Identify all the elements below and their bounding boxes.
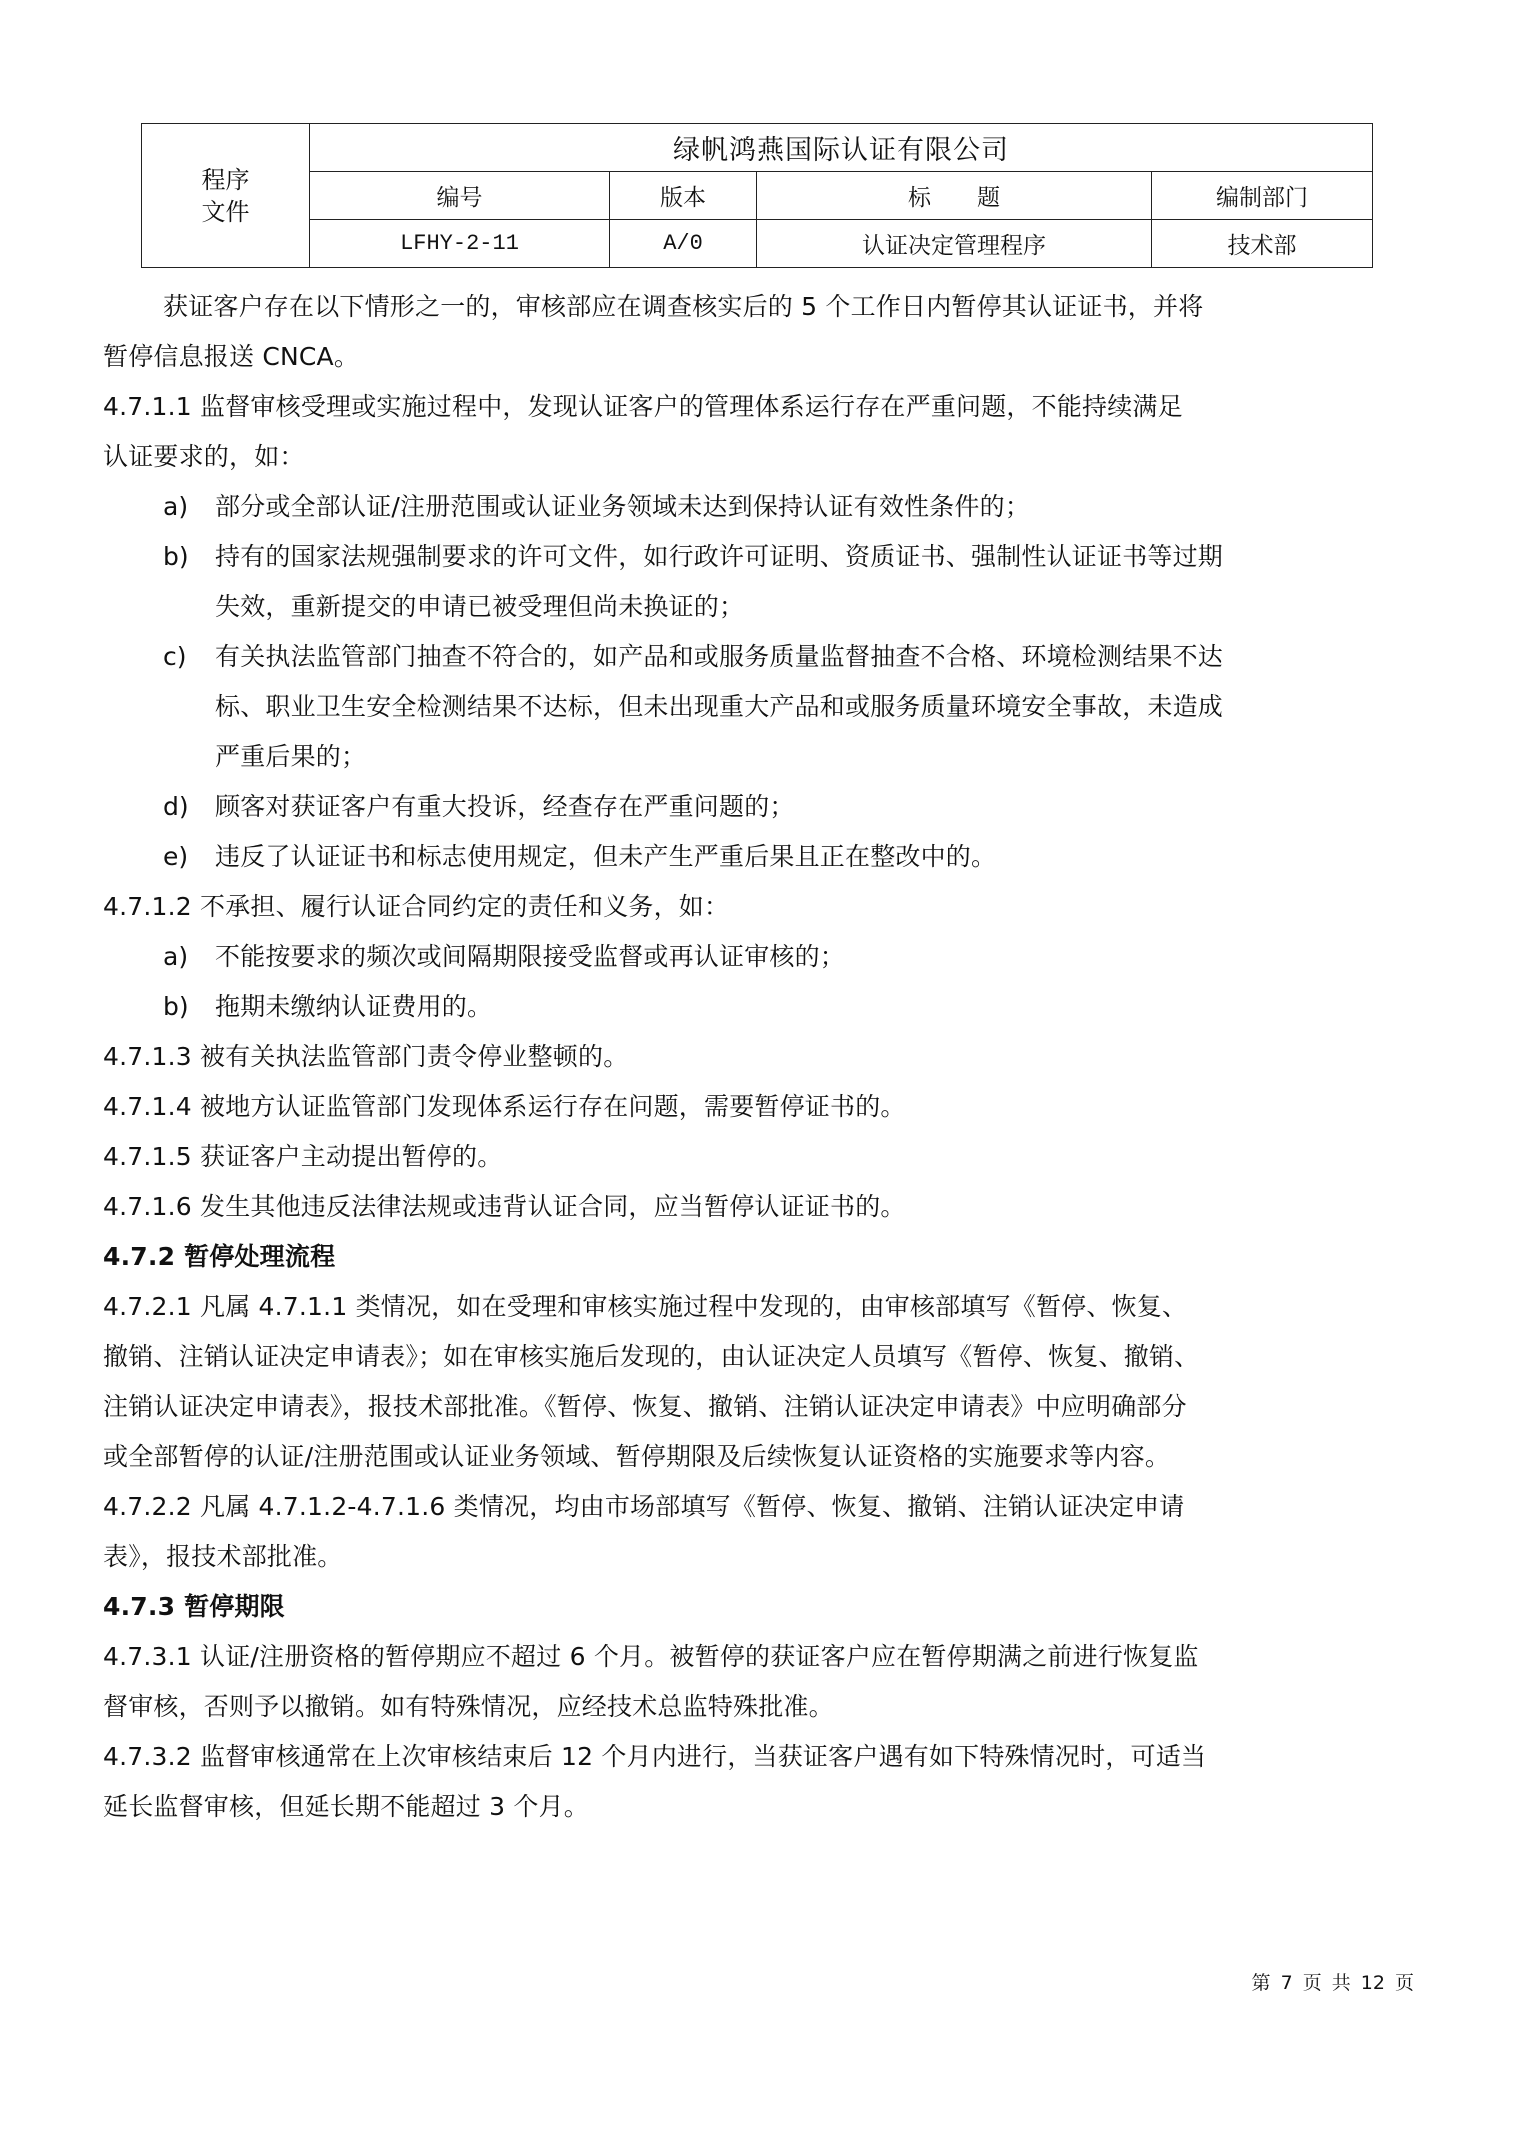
clause-4732-line-2: 延长监督审核，但延长期不能超过 3 个月。 [103,1782,1413,1832]
list-item-b2: 拖期未缴纳认证费用的。 [215,982,1415,1032]
clause-4731-line-2: 督审核，否则予以撤销。如有特殊情况，应经技术总监特殊批准。 [103,1682,1413,1732]
clause-4716: 4.7.1.6 发生其他违反法律法规或违背认证合同，应当暂停认证证书的。 [103,1182,1413,1232]
doc-version: A/0 [610,220,757,268]
clause-4732-line-1: 4.7.3.2 监督审核通常在上次审核结束后 12 个月内进行，当获证客户遇有如… [103,1732,1413,1782]
col-header-version: 版本 [610,172,757,220]
doc-type-line1: 程序 [142,164,309,196]
intro-line-1: 获证客户存在以下情形之一的，审核部应在调查核实后的 5 个工作日内暂停其认证证书… [163,282,1473,332]
list-item-c-line-3: 严重后果的； [215,732,1415,782]
list-item-a: 部分或全部认证/注册范围或认证业务领域未达到保持认证有效性条件的； [215,482,1415,532]
clause-4712: 4.7.1.2 不承担、履行认证合同约定的责任和义务，如： [103,882,1413,932]
doc-dept: 技术部 [1152,220,1373,268]
list-item-b-line-1: 持有的国家法规强制要求的许可文件，如行政许可证明、资质证书、强制性认证证书等过期 [215,532,1415,582]
list-label-e: e) [163,832,188,882]
section-heading-472: 4.7.2 暂停处理流程 [103,1232,1413,1282]
clause-4721-line-3: 注销认证决定申请表》，报技术部批准。《暂停、恢复、撤销、注销认证决定申请表》中应… [103,1382,1413,1432]
col-header-dept: 编制部门 [1152,172,1373,220]
clause-4731-line-1: 4.7.3.1 认证/注册资格的暂停期应不超过 6 个月。被暂停的获证客户应在暂… [103,1632,1413,1682]
doc-number: LFHY-2-11 [310,220,610,268]
clause-4722-line-2: 表》，报技术部批准。 [103,1532,1413,1582]
document-header-table: 程序 文件 绿帆鸿燕国际认证有限公司 编号 版本 标 题 编制部门 LFHY-2… [141,123,1373,268]
col-header-number: 编号 [310,172,610,220]
list-item-d: 顾客对获证客户有重大投诉，经查存在严重问题的； [215,782,1415,832]
list-label-c: c) [163,632,187,682]
clause-4713: 4.7.1.3 被有关执法监管部门责令停业整顿的。 [103,1032,1413,1082]
clause-4722-line-1: 4.7.2.2 凡属 4.7.1.2-4.7.1.6 类情况，均由市场部填写《暂… [103,1482,1413,1532]
section-heading-473: 4.7.3 暂停期限 [103,1582,1413,1632]
clause-4715: 4.7.1.5 获证客户主动提出暂停的。 [103,1132,1413,1182]
list-label-a2: a) [163,932,188,982]
list-item-a2: 不能按要求的频次或间隔期限接受监督或再认证审核的； [215,932,1415,982]
clause-4721-line-4: 或全部暂停的认证/注册范围或认证业务领域、暂停期限及后续恢复认证资格的实施要求等… [103,1432,1413,1482]
clause-4711-line-1: 4.7.1.1 监督审核受理或实施过程中，发现认证客户的管理体系运行存在严重问题… [103,382,1413,432]
list-item-b-line-2: 失效，重新提交的申请已被受理但尚未换证的； [215,582,1415,632]
list-label-b2: b) [163,982,189,1032]
list-item-c-line-2: 标、职业卫生安全检测结果不达标，但未出现重大产品和或服务质量环境安全事故，未造成 [215,682,1415,732]
list-label-d: d) [163,782,189,832]
doc-title: 认证决定管理程序 [757,220,1152,268]
col-header-title: 标 题 [757,172,1152,220]
doc-type-line2: 文件 [142,196,309,228]
page-number: 第 7 页 共 12 页 [1252,1968,1414,1995]
list-item-c-line-1: 有关执法监管部门抽查不符合的，如产品和或服务质量监督抽查不合格、环境检测结果不达 [215,632,1415,682]
clause-4721-line-1: 4.7.2.1 凡属 4.7.1.1 类情况，如在受理和审核实施过程中发现的，由… [103,1282,1413,1332]
clause-4711-line-2: 认证要求的，如： [103,432,1413,482]
list-item-e: 违反了认证证书和标志使用规定，但未产生严重后果且正在整改中的。 [215,832,1415,882]
doc-type-cell: 程序 文件 [142,124,310,268]
clause-4721-line-2: 撤销、注销认证决定申请表》；如在审核实施后发现的，由认证决定人员填写《暂停、恢复… [103,1332,1413,1382]
clause-4714: 4.7.1.4 被地方认证监管部门发现体系运行存在问题，需要暂停证书的。 [103,1082,1413,1132]
list-label-b: b) [163,532,189,582]
list-label-a: a) [163,482,188,532]
intro-line-2: 暂停信息报送 CNCA。 [103,332,1413,382]
company-name: 绿帆鸿燕国际认证有限公司 [310,124,1373,172]
